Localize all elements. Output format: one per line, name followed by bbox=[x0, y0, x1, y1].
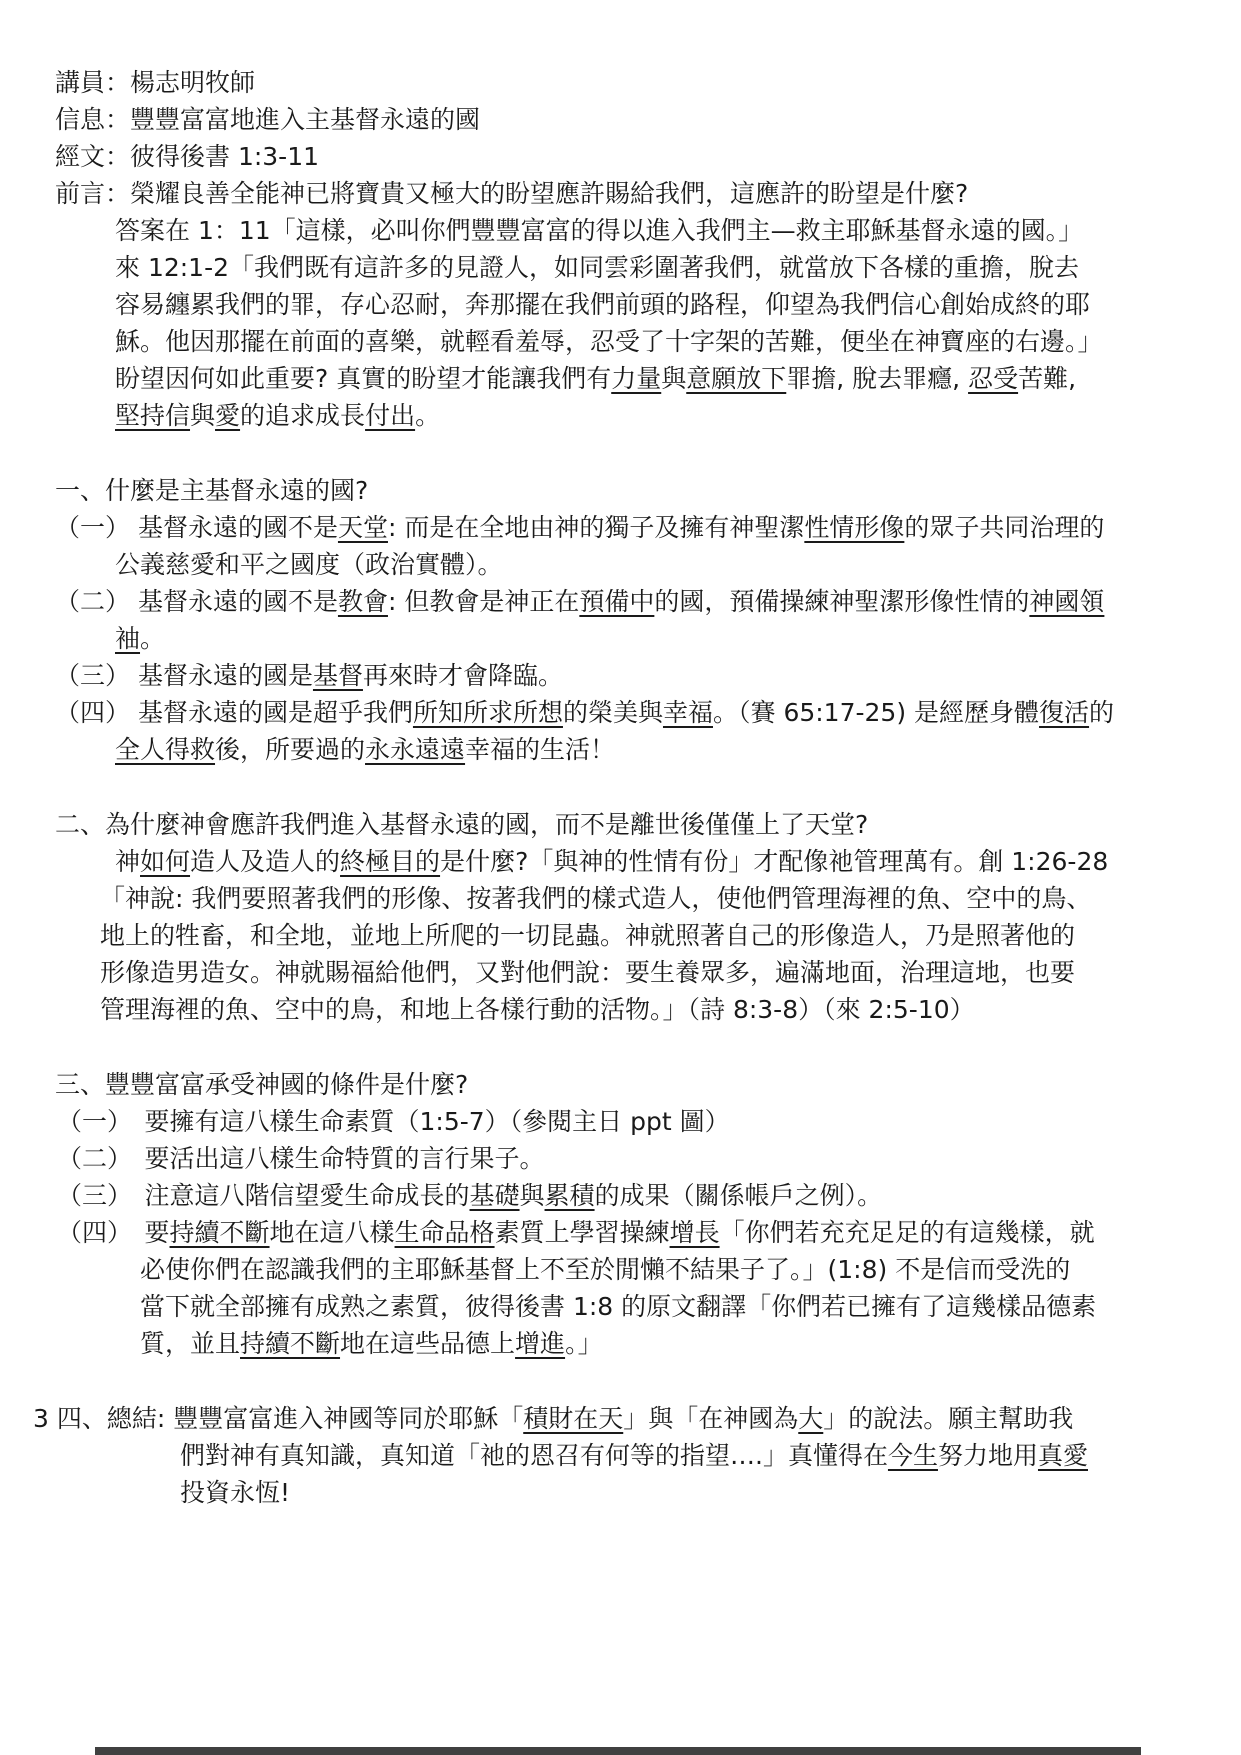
message-title-line: 信息：豐豐富富地進入主基督永遠的國 bbox=[0, 101, 1241, 138]
text-segment: （一） 要擁有這八樣生命素質（1:5-7）（參閱主日 ppt 圖） bbox=[57, 1107, 730, 1136]
text-segment: 的成果（關係帳戶之例）。 bbox=[595, 1181, 883, 1210]
text-segment: 投資永恆! bbox=[180, 1478, 290, 1507]
underlined-text: 增進 bbox=[515, 1329, 565, 1358]
speaker-line: 講員：楊志明牧師 bbox=[0, 64, 1241, 101]
text-segment: 。」 bbox=[565, 1329, 603, 1358]
text-segment: 的榮美與 bbox=[563, 698, 663, 727]
underlined-text: 如何 bbox=[140, 847, 190, 876]
text-segment: （三） 注意這八階信望愛生命成長的 bbox=[57, 1181, 470, 1210]
underlined-text: 全人得救 bbox=[115, 735, 215, 764]
blank-line bbox=[0, 1362, 1241, 1400]
underlined-text: 今生 bbox=[888, 1441, 938, 1470]
section-2-heading: 二、為什麼神會應許我們進入基督永遠的國，而不是離世後僅僅上了天堂? bbox=[0, 806, 1241, 843]
text-segment: （四） 基督永遠的國是超乎我們 bbox=[55, 698, 413, 727]
text-segment: 穌。他因那擺在前面的喜樂，就輕看羞辱，忍受了十字架的苦難，便坐在神寶座的右邊。」 bbox=[115, 327, 1103, 356]
text-segment: 地上的牲畜，和全地，並地上所爬的一切昆蟲。神就照著自己的形像造人，乃是照著他的 bbox=[100, 921, 1075, 950]
underlined-text: 大 bbox=[798, 1404, 823, 1433]
section-3-item-4-cont: 必使你們在認識我們的主耶穌基督上不至於閒懶不結果子了。」(1:8) 不是信而受洗… bbox=[0, 1251, 1241, 1288]
section-3-item-4-cont: 當下就全部擁有成熟之素質，彼得後書 1:8 的原文翻譯「你們若已擁有了這幾樣品德… bbox=[0, 1288, 1241, 1325]
section-3-item-4-cont: 質，並且持續不斷地在這些品德上增進。」 bbox=[0, 1325, 1241, 1362]
underlined-text: 基督 bbox=[313, 661, 363, 690]
next-page-edge bbox=[95, 1747, 1141, 1755]
underlined-text: 力量 bbox=[611, 364, 661, 393]
text-segment: 幸福的生活！ bbox=[465, 735, 615, 764]
underlined-text: 袖 bbox=[115, 624, 140, 653]
text-segment: 二、為什麼神會應許我們進入基督永遠的國，而不是離世後僅僅上了天堂? bbox=[55, 810, 868, 839]
section-2-body-line: 神如何造人及造人的終極目的是什麼?「與神的性情有份」才配像祂管理萬有。創 1:2… bbox=[0, 843, 1241, 880]
text-segment: 前言：榮耀良善全能神已將寶貴又極大的盼望應許賜給我們，這應許的盼望是什麼? bbox=[55, 179, 968, 208]
text-segment: 再來時才會降臨。 bbox=[363, 661, 563, 690]
text-segment: 答案在 1：11「這樣，必叫你們豐豐富富的得以進入我們主—救主耶穌基督永遠的國。… bbox=[115, 216, 1083, 245]
blank-line bbox=[0, 1028, 1241, 1066]
preface-line: 前言：榮耀良善全能神已將寶貴又極大的盼望應許賜給我們，這應許的盼望是什麼? bbox=[0, 175, 1241, 212]
preface-body-line: 盼望因何如此重要? 真實的盼望才能讓我們有力量與意願放下罪擔, 脫去罪癮, 忍受… bbox=[0, 360, 1241, 397]
blank-line bbox=[0, 768, 1241, 806]
scripture-line: 經文：彼得後書 1:3-11 bbox=[0, 138, 1241, 175]
text-segment: 的追求成長 bbox=[240, 401, 365, 430]
underlined-text: 愛 bbox=[215, 401, 240, 430]
underlined-text: 增長 bbox=[670, 1218, 720, 1247]
text-segment: 神 bbox=[115, 847, 140, 876]
section-1-item-1: （一） 基督永遠的國不是天堂: 而是在全地由神的獨子及擁有神聖潔性情形像的眾子共… bbox=[0, 509, 1241, 546]
preface-body-line: 來 12:1-2「我們既有這許多的見證人，如同雲彩圍著我們，就當放下各樣的重擔，… bbox=[0, 249, 1241, 286]
text-segment: 質，並且 bbox=[140, 1329, 240, 1358]
text-segment: 盼望因何如此重要? 真實的盼望才能讓我們有 bbox=[115, 364, 611, 393]
section-3-item-4: （四） 要持續不斷地在這八樣生命品格素質上學習操練增長「你們若充充足足的有這幾樣… bbox=[0, 1214, 1241, 1251]
underlined-text: 持續不斷 bbox=[170, 1218, 270, 1247]
section-4-summary-cont: 投資永恆! bbox=[0, 1474, 1241, 1511]
text-segment: 地在這八樣 bbox=[270, 1218, 395, 1247]
text-segment: 地在這些品德上 bbox=[340, 1329, 515, 1358]
sermon-outline: 講員：楊志明牧師信息：豐豐富富地進入主基督永遠的國經文：彼得後書 1:3-11前… bbox=[0, 64, 1241, 1511]
text-segment: 是什麼?「與神的性情有份」才配像祂管理萬有。創 1:26-28 bbox=[440, 847, 1108, 876]
text-segment: 」的說法。願主幫助我 bbox=[823, 1404, 1073, 1433]
text-segment: 「你們若充充足足的有這幾樣，就 bbox=[720, 1218, 1095, 1247]
section-1-item-2: （二） 基督永遠的國不是教會: 但教會是神正在預備中的國，預備操練神聖潔形像性情… bbox=[0, 583, 1241, 620]
underlined-text: 終極目的 bbox=[340, 847, 440, 876]
text-segment: 講員：楊志明牧師 bbox=[55, 68, 255, 97]
text-segment: 努力地用 bbox=[938, 1441, 1038, 1470]
text-segment: 後，所要過的 bbox=[215, 735, 365, 764]
text-segment: （四） 要 bbox=[57, 1218, 170, 1247]
underlined-text: 生命品格 bbox=[395, 1218, 495, 1247]
section-1-heading: 一、什麼是主基督永遠的國? bbox=[0, 472, 1241, 509]
underlined-text: 預備中 bbox=[579, 587, 654, 616]
underlined-text: 真愛 bbox=[1038, 1441, 1088, 1470]
text-segment: （二） 基督永遠的國不是 bbox=[55, 587, 338, 616]
text-segment: 與 bbox=[190, 401, 215, 430]
text-segment: 罪擔, 脫去罪癮, bbox=[786, 364, 968, 393]
text-segment: 信息：豐豐富富地進入主基督永遠的國 bbox=[55, 105, 480, 134]
text-segment: 3 四、總結: 豐豐富富進入神國等同於耶穌「 bbox=[33, 1404, 523, 1433]
underlined-text: 性情形像 bbox=[804, 513, 904, 542]
section-4-summary-cont: 們對神有真知識，真知道「祂的恩召有何等的指望….」真懂得在今生努力地用真愛 bbox=[0, 1437, 1241, 1474]
document-page: 講員：楊志明牧師信息：豐豐富富地進入主基督永遠的國經文：彼得後書 1:3-11前… bbox=[0, 0, 1241, 1755]
underlined-text: 堅持信 bbox=[115, 401, 190, 430]
underlined-text: 教會 bbox=[338, 587, 388, 616]
text-segment: 素質上學習操練 bbox=[495, 1218, 670, 1247]
section-2-body-line: 「神說: 我們要照著我們的形像、按著我們的樣式造人，使他們管理海裡的魚、空中的鳥… bbox=[0, 880, 1241, 917]
blank-line bbox=[0, 434, 1241, 472]
section-1-item-4: （四） 基督永遠的國是超乎我們所知所求所想的榮美與幸福。（賽 65:17-25)… bbox=[0, 694, 1241, 731]
text-segment: 」與「在神國為 bbox=[623, 1404, 798, 1433]
underlined-text: 神國領 bbox=[1029, 587, 1104, 616]
text-segment: 們對神有真知識，真知道「祂的恩召有何等的指望….」真懂得在 bbox=[180, 1441, 888, 1470]
text-segment: 的眾子共同治理的 bbox=[904, 513, 1104, 542]
preface-body-line: 堅持信與愛的追求成長付出。 bbox=[0, 397, 1241, 434]
text-segment: 的國，預備操練神聖潔形像性情的 bbox=[654, 587, 1029, 616]
underlined-text: 天堂 bbox=[338, 513, 388, 542]
text-segment: 當下就全部擁有成熟之素質，彼得後書 1:8 的原文翻譯「你們若已擁有了這幾樣品德… bbox=[140, 1292, 1096, 1321]
text-segment: 與 bbox=[520, 1181, 545, 1210]
preface-body-line: 答案在 1：11「這樣，必叫你們豐豐富富的得以進入我們主—救主耶穌基督永遠的國。… bbox=[0, 212, 1241, 249]
underlined-text: 基礎 bbox=[470, 1181, 520, 1210]
preface-body-line: 容易纏累我們的罪，存心忍耐，奔那擺在我們前頭的路程，仰望為我們信心創始成終的耶 bbox=[0, 286, 1241, 323]
text-segment: 三、豐豐富富承受神國的條件是什麼? bbox=[55, 1070, 468, 1099]
underlined-text: 所知所求所想 bbox=[413, 698, 563, 727]
underlined-text: 累積 bbox=[545, 1181, 595, 1210]
text-segment: 經文：彼得後書 1:3-11 bbox=[55, 142, 319, 171]
underlined-text: 幸福 bbox=[663, 698, 713, 727]
section-3-item-3: （三） 注意這八階信望愛生命成長的基礎與累積的成果（關係帳戶之例）。 bbox=[0, 1177, 1241, 1214]
text-segment: （一） 基督永遠的國不是 bbox=[55, 513, 338, 542]
section-4-summary: 3 四、總結: 豐豐富富進入神國等同於耶穌「積財在天」與「在神國為大」的說法。願… bbox=[0, 1400, 1241, 1437]
section-3-item-1: （一） 要擁有這八樣生命素質（1:5-7）（參閱主日 ppt 圖） bbox=[0, 1103, 1241, 1140]
preface-body-line: 穌。他因那擺在前面的喜樂，就輕看羞辱，忍受了十字架的苦難，便坐在神寶座的右邊。」 bbox=[0, 323, 1241, 360]
text-segment: 管理海裡的魚、空中的鳥，和地上各樣行動的活物。」（詩 8:3-8）（來 2:5-… bbox=[100, 995, 975, 1024]
text-segment: 苦難, bbox=[1018, 364, 1076, 393]
text-segment: （二） 要活出這八樣生命特質的言行果子。 bbox=[57, 1144, 545, 1173]
underlined-text: 復活 bbox=[1039, 698, 1089, 727]
text-segment: 形像造男造女。神就賜福給他們，又對他們說：要生養眾多，遍滿地面，治理這地，也要 bbox=[100, 958, 1075, 987]
section-2-body-line: 管理海裡的魚、空中的鳥，和地上各樣行動的活物。」（詩 8:3-8）（來 2:5-… bbox=[0, 991, 1241, 1028]
text-segment: 「神說: 我們要照著我們的形像、按著我們的樣式造人，使他們管理海裡的魚、空中的鳥… bbox=[100, 884, 1091, 913]
section-3-item-2: （二） 要活出這八樣生命特質的言行果子。 bbox=[0, 1140, 1241, 1177]
text-segment: 。 bbox=[415, 401, 440, 430]
text-segment: : 而是在全地由神的獨子及擁有神聖潔 bbox=[388, 513, 804, 542]
text-segment: 造人及造人的 bbox=[190, 847, 340, 876]
text-segment: 與 bbox=[661, 364, 686, 393]
underlined-text: 忍受 bbox=[968, 364, 1018, 393]
text-segment: 。 bbox=[140, 624, 165, 653]
underlined-text: 積財在天 bbox=[523, 1404, 623, 1433]
underlined-text: 持續不斷 bbox=[240, 1329, 340, 1358]
text-segment: 來 12:1-2「我們既有這許多的見證人，如同雲彩圍著我們，就當放下各樣的重擔，… bbox=[115, 253, 1079, 282]
section-2-body-line: 地上的牲畜，和全地，並地上所爬的一切昆蟲。神就照著自己的形像造人，乃是照著他的 bbox=[0, 917, 1241, 954]
text-segment: 必使你們在認識我們的主耶穌基督上不至於閒懶不結果子了。」(1:8) 不是信而受洗… bbox=[140, 1255, 1070, 1284]
text-segment: : 但教會是神正在 bbox=[388, 587, 579, 616]
underlined-text: 付出 bbox=[365, 401, 415, 430]
text-segment: 容易纏累我們的罪，存心忍耐，奔那擺在我們前頭的路程，仰望為我們信心創始成終的耶 bbox=[115, 290, 1090, 319]
section-1-item-2-cont: 袖。 bbox=[0, 620, 1241, 657]
section-1-item-1-cont: 公義慈愛和平之國度（政治實體）。 bbox=[0, 546, 1241, 583]
section-2-body-line: 形像造男造女。神就賜福給他們，又對他們說：要生養眾多，遍滿地面，治理這地，也要 bbox=[0, 954, 1241, 991]
text-segment: 公義慈愛和平之國度（政治實體）。 bbox=[115, 550, 503, 579]
underlined-text: 意願放下 bbox=[686, 364, 786, 393]
section-1-item-4-cont: 全人得救後，所要過的永永遠遠幸福的生活！ bbox=[0, 731, 1241, 768]
section-1-item-3: （三） 基督永遠的國是基督再來時才會降臨。 bbox=[0, 657, 1241, 694]
text-segment: （三） 基督永遠的國是 bbox=[55, 661, 313, 690]
section-3-heading: 三、豐豐富富承受神國的條件是什麼? bbox=[0, 1066, 1241, 1103]
text-segment: 。（賽 65:17-25) 是經歷身體 bbox=[713, 698, 1039, 727]
text-segment: 的 bbox=[1089, 698, 1114, 727]
text-segment: 一、什麼是主基督永遠的國? bbox=[55, 476, 368, 505]
underlined-text: 永永遠遠 bbox=[365, 735, 465, 764]
